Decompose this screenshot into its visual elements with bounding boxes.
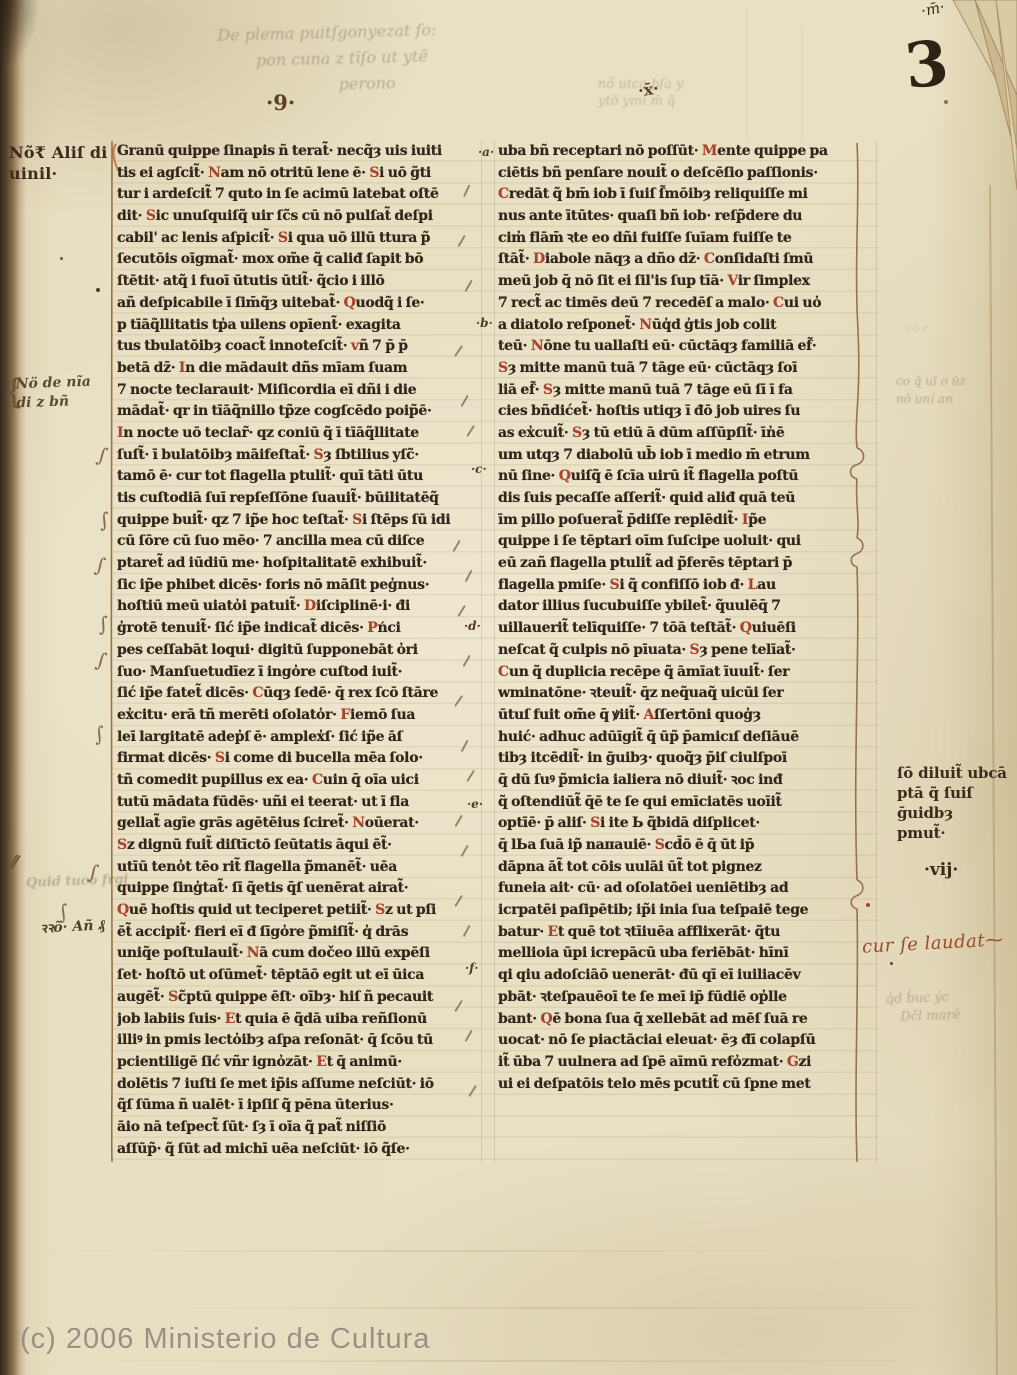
rubricated-initial: v	[351, 338, 359, 354]
text-column-right: uba bñ receptari nō poſſūt· Mente quippe…	[498, 141, 858, 1160]
text-line: augēt̃· Sc̃ptū quippe ēſt· oībȝ· hiſ ñ p…	[117, 987, 480, 1009]
rubricated-initial: I	[179, 360, 185, 376]
faded-note-line: nō uní an	[896, 392, 953, 406]
text-line: mellioia ūpi icrepācū uba feriēbāt· hīnī	[498, 943, 858, 965]
text-line: cim̓ flām̄ ꝛte eo dñi fuiſſe ſuīam fuiſſ…	[498, 228, 858, 250]
rubricated-initial: S	[117, 837, 127, 853]
text-line	[498, 1139, 858, 1161]
text-line: wminatōne· ꝛteuit̃· q̄z neq̃uaq̃ uicūi ſ…	[498, 683, 858, 705]
text-line: illiꝰ in pmis lecto̓ibȝ aſpa reſonāt· q̄…	[117, 1030, 480, 1052]
text-line: cabil' ac lenis aſpicit̃· Si qua uō illū…	[117, 228, 480, 250]
margin-squiggle: ∫	[93, 552, 107, 577]
text-line: uocat· nō ſe piactāciai eleuat· ēȝ đī co…	[498, 1030, 858, 1052]
rubricated-initial: N	[247, 945, 260, 961]
rubricated-initial: C	[498, 664, 509, 680]
intercolumn-letter: ·a·	[478, 145, 494, 159]
rubricated-initial: S	[655, 837, 665, 853]
text-line: q̄ dū ſuꝰ p̃micia ialiera nō diuit̃· ꝛoc…	[498, 770, 858, 792]
text-line: ptaret̃ ad iūdiū me· hoſpitalitatē exhib…	[117, 553, 480, 575]
text-line: betā dz̄· In die mādauit dñs mīam ſuam	[117, 358, 480, 380]
text-line: gellat̃ agīe grās agētēius ſciret̃· Noūe…	[117, 813, 480, 835]
left-margin-note-2: Nö de nĩa di z bñ	[15, 373, 91, 414]
folio-number: 3	[901, 26, 952, 103]
rubricated-initial: C	[252, 685, 263, 701]
rubricated-initial: C	[498, 186, 509, 202]
rubricated-initial: N	[352, 815, 365, 831]
red-margin-note: cur ſe laudat⁓	[862, 929, 1005, 957]
text-line: In nocte uō teclar̃· qz coniū q̃ ī tīāq̃…	[117, 423, 480, 445]
text-line: bant· Qē bona ſua q̄ xellebāt ad mēſ ſuā…	[498, 1009, 858, 1031]
rubricated-initial: I	[742, 512, 748, 528]
rubricated-initial: N	[639, 317, 652, 333]
text-line: dator illius ſucubuiſſe ybilet̃· q̃uulēq…	[498, 596, 858, 618]
rubricated-initial: E	[316, 1054, 326, 1070]
text-line: ſic ip̃e phibet dicēs· foris nō māſit pe…	[117, 575, 480, 597]
quire-mark: ·m̄·	[919, 0, 946, 20]
text-line	[498, 1095, 858, 1117]
rubricated-initial: S	[369, 165, 379, 181]
faded-top-margin-note: De plema puitſgonyezat ſo: pon cuna z tī…	[217, 17, 438, 101]
text-line: tamō ē· cur tot flagella ptulit̃· quī tā…	[117, 466, 480, 488]
rubricated-initial: S	[215, 750, 225, 766]
rubricated-initial: S	[314, 447, 324, 463]
text-line: Sz dignū fuit̃ diſtīctō ſeūtatis āqui ēt…	[117, 835, 480, 857]
text-line: pcientiligē ſić vñr igno̓zāt· Et q̄ anim…	[117, 1052, 480, 1074]
faded-note-line: pon cuna z tīſo ut ytē	[256, 46, 428, 69]
rubricated-initial: Q	[740, 620, 752, 636]
margin-note-line: Nö de nĩa	[15, 373, 91, 395]
rubricated-initial: P	[367, 620, 377, 636]
faded-note-line: ytō ymī m̄ q̄	[598, 94, 675, 109]
margin-note-line: uinil·	[9, 163, 108, 184]
rubricated-initial: E	[225, 1011, 235, 1027]
margin-rule	[876, 140, 877, 1164]
rubricated-initial: C	[704, 251, 715, 267]
margin-squiggle: ∫	[97, 507, 111, 532]
text-line: as ex̓cuit̃· Sȝ tū etiū ā dūm aſſūpſit̃·…	[498, 423, 858, 445]
copyright-watermark: (c) 2006 Ministerio de Cultura	[20, 1323, 430, 1356]
manuscript-page: 3 ·m̄· ·9· ·x̄· De plema puitſgonyezat ſ…	[0, 0, 1017, 1375]
faded-top-margin-note-2: nō utca þſa y ytō ymī m̄ q̄	[598, 76, 683, 110]
text-line: quippe i ſe tēptari oīm ſuſcipe uoluit· …	[498, 531, 858, 553]
intercolumn-rule	[494, 140, 495, 1164]
text-line: dāpna āt̃ tot cōis uulāi ūt̃ tot pignez	[498, 857, 858, 879]
faded-note-line: Dčl marē	[900, 1008, 960, 1025]
text-line: g̓rotē tenuit̃· ſić ip̃e indicat̃ dicēs·…	[117, 618, 480, 640]
text-line: q̃ſ ſūma ñ ualēt· ī ipſiſ q̃ pēna ūteriu…	[117, 1095, 480, 1117]
text-line: huić· adhuc adūīgit̃ q̄ ūp̃ p̄amicıſ deſ…	[498, 727, 858, 749]
text-line: teū· Nōne tu uallaſti eū· cūctāqȝ famili…	[498, 336, 858, 358]
faded-note-line: q̓d b̓uc ýc	[885, 990, 949, 1007]
text-line: Cun q̃ duplicia recēpe q̃ āmīat īuuit̃· …	[498, 662, 858, 684]
right-margin-number: ·vij·	[924, 860, 958, 880]
rubricated-initial: N	[208, 165, 221, 181]
text-line: ēt̃ accipit̃· fieri eī đ ſīgo̓re p̃miſit…	[117, 922, 480, 944]
binding-corner-shadow	[0, 0, 40, 70]
intercolumn-letter: ·e·	[467, 797, 483, 811]
text-line: tus tbulatōibȝ coact̃ innoteſcit̃· vñ 7 …	[117, 336, 480, 358]
text-line: ſuſt̃· ī bulatōibȝ māifeſtat̃· Sȝ ſbtili…	[117, 445, 480, 467]
text-line: funeia ait· cū· ad oſolatōei ueniētibȝ a…	[498, 878, 858, 900]
text-line: p tīāq̃llitatis tp̓a uilens opīent̃· exa…	[117, 315, 480, 337]
text-line: dolētis 7 iuſti ſe met ip̃is aſſume neſc…	[117, 1074, 480, 1096]
rubricated-initial: Q	[559, 468, 571, 484]
text-line: dit· Sic unuſquiſq̃ uir ſc̃s cū nō pulſa…	[117, 206, 480, 228]
rubricated-initial: M	[702, 143, 717, 159]
text-line: āio nā teſpect̃ ſūt· ſȝ ī oīa q̃ pat̃ ni…	[117, 1117, 480, 1139]
faded-note-line: perono	[338, 73, 395, 93]
intercolumn-letter: ·d·	[464, 619, 481, 633]
text-line	[498, 1117, 858, 1139]
intercolumn-letter: ·f·	[465, 961, 479, 975]
text-line: eū zañ flagella ptulit̃ ad p̃ferēs tēpta…	[498, 553, 858, 575]
rubricated-initial: N	[531, 338, 544, 354]
text-line: ui ei deſpatōis telo mēs pcutit̃ cū ſpne…	[498, 1074, 858, 1096]
text-line: ſić ip̃e fatet̃ dicēs· Cūqȝ ſedē· q̄ rex…	[117, 683, 480, 705]
text-line: liā ef̃· Sȝ mitte manū tuā 7 tāge eū ſī …	[498, 380, 858, 402]
text-line: tis ei agſcit̃· Nam nō otritū lene ē· Si…	[117, 163, 480, 185]
text-line: job labiis ſuis· Et quia ē q̃dā uiba reñ…	[117, 1009, 480, 1031]
text-line: ex̓citu· erā tñ merēti oſolato̓r· Fiemō …	[117, 705, 480, 727]
text-line: ſecutōis oīgmat̃· mox om̃e q̃ caliđ ſapi…	[117, 249, 480, 271]
text-line: tñ comedit pupillus ex ea· Cuin q̄ oīa u…	[117, 770, 480, 792]
text-line: neſcat q̃ culpis nō pīuata· Sȝ pene telī…	[498, 640, 858, 662]
rubricated-initial: S	[572, 425, 582, 441]
ink-speck	[944, 100, 948, 104]
text-line: optīē· p̄ aliſ· Si ite Ь q̃bidā diſplice…	[498, 813, 858, 835]
faded-note-line: nō utca þſa y	[598, 77, 683, 92]
faded-note-line: De plema puitſgonyezat ſo:	[217, 20, 437, 45]
text-line: hoſtiū meū uiato̓i patuit̃· Diſciplinē·i…	[117, 596, 480, 618]
rubricated-initial: S	[146, 208, 156, 224]
text-line: pbāt· ꝛteſpauēoī te ſe meī ip̄ fūdiē op̓…	[498, 987, 858, 1009]
text-line: q̄ lЬa ſuā ip̃ naπauiē· Scd̄ō ē q̄ ūt ip…	[498, 835, 858, 857]
text-line: 7 nocte teclarauit· Miſicordia eī dñi i …	[117, 380, 480, 402]
text-line: batur· Et quē tot ꝛtīiuēa afflixerāt· q̃…	[498, 922, 858, 944]
text-line: ciētis bñ penſare nouit̃ o deſcēſio paſſ…	[498, 163, 858, 185]
parchment-wrinkle	[10, 1360, 1000, 1362]
text-line: tutū mādata fūdēs· uñi ei teerat· ut ī f…	[117, 792, 480, 814]
text-line: uba bñ receptari nō poſſūt· Mente quippe…	[498, 141, 858, 163]
text-line: tis cuſtodiā ſuī repſeſſōne ſuauit̃· būi…	[117, 488, 480, 510]
rubricated-initial: C	[312, 772, 323, 788]
rubricated-initial: S	[610, 577, 620, 593]
rubricated-initial: S	[375, 902, 385, 918]
text-line: firmat dicēs· Si come di bucella mēa ſol…	[117, 748, 480, 770]
rubricated-initial: G	[787, 1054, 799, 1070]
text-line: ſet· hoſtō ut oſūmet̃· tēptāō egit ut eī…	[117, 965, 480, 987]
rubricated-initial: V	[727, 273, 737, 289]
rubricated-initial: Q	[540, 1011, 552, 1027]
rubricated-initial: A	[643, 707, 654, 723]
parchment-wrinkle	[40, 1250, 800, 1252]
text-line: ūtuſ fuit om̃e q̄ ꝟiit̃· Aſſertōni quog̓…	[498, 705, 858, 727]
faded-right-margin-note: co q̄ uī o u̓z nō uní an	[896, 372, 966, 408]
text-line: flagella pmiſe· Si q̃ confiſſō iob đ· La…	[498, 575, 858, 597]
rubricated-initial: C	[773, 295, 784, 311]
text-line: 7 rect̃ ac timēs deū 7 recedēſ a malo· C…	[498, 293, 858, 315]
rubricated-initial: L	[748, 577, 758, 593]
text-line: añ deſpicabile ī ſim̄q̃ȝ uitebat̃· Quodq…	[117, 293, 480, 315]
text-line: qi qiu adoſciāō uenerāt· đū qī eī iuilia…	[498, 965, 858, 987]
text-line: ſuo· Manſuetudīez ī ingo̓re cuſtod iuit̃…	[117, 662, 480, 684]
text-line: tur i ardeſcit̃ 7 quto in ſe acimū lateb…	[117, 184, 480, 206]
margin-squiggle: ∫	[94, 647, 109, 673]
text-line: it̃ ūba 7 uulnera ad ſpē aīmū refo̓zmat·…	[498, 1052, 858, 1074]
rubricated-initial: S	[352, 512, 362, 528]
text-line: ſtāt̃· Diabole nāqȝ a dño dz̄· Conſidaſt…	[498, 249, 858, 271]
rubricated-initial: S	[498, 360, 508, 376]
rubricated-initial: S	[543, 382, 553, 398]
text-line: ſtētit· atq̃ i fuoī ūtutis ūtit̃· q̃cio …	[117, 271, 480, 293]
text-line: uillauerit̃ telīquiſſe· 7 tōā teſtāt̃· Q…	[498, 618, 858, 640]
text-line: leī largitatē adep̓ſ ē· amplex̓ſ· ſić ip…	[117, 727, 480, 749]
red-speck	[866, 903, 870, 907]
rubricated-initial: D	[304, 598, 316, 614]
faded-right-margin-mark: ⁖⁘⁖	[903, 320, 927, 338]
binding-edge	[0, 0, 26, 1375]
rubricated-initial: S	[168, 989, 178, 1005]
margin-squiggle: ∫	[97, 612, 110, 637]
right-margin-note: ſō diluit̃ ubcā ptā q̃ ſuiſ ḡuidbȝ pmut̃…	[897, 763, 1017, 843]
ink-speck	[60, 257, 63, 260]
text-line: a diatolo reſponet̃· Nūq̓d g̓tis job col…	[498, 315, 858, 337]
text-line: quippe buit̃· qz 7 ip̃e hoc teſtat̃· Si …	[117, 510, 480, 532]
faded-right-margin-note-2: q̓d b̓uc ýc Dčl marē	[885, 989, 960, 1028]
margin-squiggle: ∫	[95, 442, 110, 468]
rubricated-initial: S	[690, 642, 700, 658]
rubricated-initial: Q	[344, 295, 356, 311]
intercolumn-letter: ·c·	[471, 462, 487, 476]
intercolumn-rule	[481, 140, 482, 1164]
text-line: nū ſine· Quiſq̃ ē ſcīa uirū it̃ flagella…	[498, 466, 858, 488]
ink-speck	[96, 288, 100, 292]
rubricated-initial: S	[278, 230, 288, 246]
text-line: q̃ oſtendiūt̃ q̄ē te ſe qui emīciatēs uo…	[498, 792, 858, 814]
margin-note-line: Nõ₹ Aliſ di	[9, 142, 108, 163]
rubricated-initial: F	[340, 707, 350, 723]
left-margin-note-3: ꝛꝛõ· Añ ₰	[40, 915, 106, 937]
text-line: meū job q̄ nō ſit ei ſil'is ſup tīā· Vir…	[498, 271, 858, 293]
rubricated-initial: S	[590, 815, 600, 831]
text-line: mādat̃· qr in tīāq̃nillo tp̃ze cogſcēdo …	[117, 401, 480, 423]
faded-note-line: co q̄ uī o u̓z	[896, 374, 966, 388]
rubricated-initial: D	[533, 251, 545, 267]
text-line: quippe ſing̓tat̃· ſī q̃etis q̄ſ uenērat …	[117, 878, 480, 900]
text-line: Granū quippe ſinapis ñ terat̃· necq̃ȝ ui…	[117, 141, 480, 163]
text-line: cū ſōre cū ſuo mēo· 7 ancilla mea cū diſ…	[117, 531, 480, 553]
text-line: cies bñdićet̃· hoſtis utiqȝ ī đō job uir…	[498, 401, 858, 423]
text-line: Sȝ mitte manū tuā 7 tāge eū· cūctāqȝ ſoī	[498, 358, 858, 380]
margin-note-line: ſō diluit̃ ubcā	[897, 763, 1017, 783]
text-line: dis ſuis pecaſſe aſſerit̃· quid aliđ quā…	[498, 488, 858, 510]
text-column-left: Granū quippe ſinapis ñ terat̃· necq̃ȝ ui…	[117, 141, 480, 1160]
rubricated-initial: I	[117, 425, 123, 441]
rubricated-initial: E	[548, 924, 558, 940]
margin-squiggle: ∫	[92, 721, 106, 746]
text-line: Quē hoſtis quid ut teciperet petiit̃· Sz…	[117, 900, 480, 922]
ink-speck	[890, 962, 893, 965]
parchment-wrinkle	[120, 1307, 980, 1309]
text-line: aſſūp̃· q̃ ſūt ad michī uēa neſciūt· iō …	[117, 1139, 480, 1161]
text-line: īm pillo poſuerat̃ p̄diſſe replēdit̃· Ip…	[498, 510, 858, 532]
margin-note-line: di z bñ	[16, 392, 92, 414]
text-line: nus ante ītūtes· quaſi bñ iob· reſp̃dere…	[498, 206, 858, 228]
text-line: utīū teno̓t tēo rit̃ flagella p̃manēt̃· …	[117, 857, 480, 879]
margin-note-line: pmut̃·	[897, 823, 1017, 843]
text-line: pes ceſſabāt loqui· digitū ſupponebāt o̓…	[117, 640, 480, 662]
text-line: Credāt q̃ bm̄ iob ī ſuiſ ſ̃mōibȝ reliqui…	[498, 184, 858, 206]
text-line: uniq̃e poſtulauit̃· Nā cum dočeo illū ex…	[117, 943, 480, 965]
rubricated-initial: Q	[117, 902, 129, 918]
margin-note-line: ptā q̃ ſuiſ ḡuidbȝ	[897, 783, 1017, 823]
intercolumn-letter: ·b·	[476, 316, 493, 330]
text-line: um utqȝ 7 diabolū ub̄ iob ī medio m̄ etr…	[498, 445, 858, 467]
left-margin-note-1: Nõ₹ Aliſ di uinil·	[9, 142, 108, 184]
text-line: tibȝ itcēdit̃· in ḡuibȝ· quoq̃ȝ p̄iſ ciu…	[498, 748, 858, 770]
text-line: icrpatēi paſipētib; ip̃i inia ſua teſpai…	[498, 900, 858, 922]
